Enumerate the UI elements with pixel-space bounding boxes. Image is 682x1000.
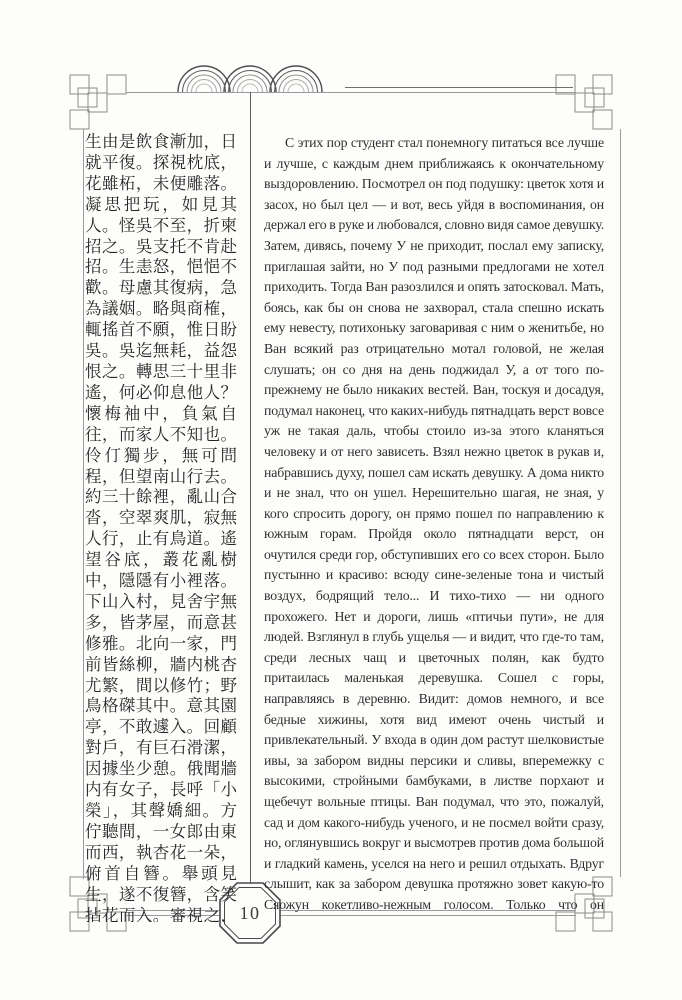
frame-border-top-secondary — [345, 87, 573, 88]
frame-border-left — [83, 129, 84, 879]
column-divider — [250, 92, 251, 883]
fret-corner-icon-top-left — [66, 71, 130, 135]
frame-border-right — [620, 129, 621, 877]
russian-text-column: С этих пор студент стал понемногу питать… — [264, 133, 604, 923]
chinese-text-column: 生由是飲食漸加，日就平復。探視枕底，花雖柘，未便雕落。凝思把玩，如見其人。怪吳不… — [85, 132, 237, 922]
triple-arc-ornament-icon — [168, 63, 332, 94]
fret-corner-icon-top-right — [552, 71, 616, 135]
book-page: 10 生由是飲食漸加，日就平復。探視枕底，花雖柘，未便雕落。凝思把玩，如見其人。… — [0, 0, 682, 1000]
